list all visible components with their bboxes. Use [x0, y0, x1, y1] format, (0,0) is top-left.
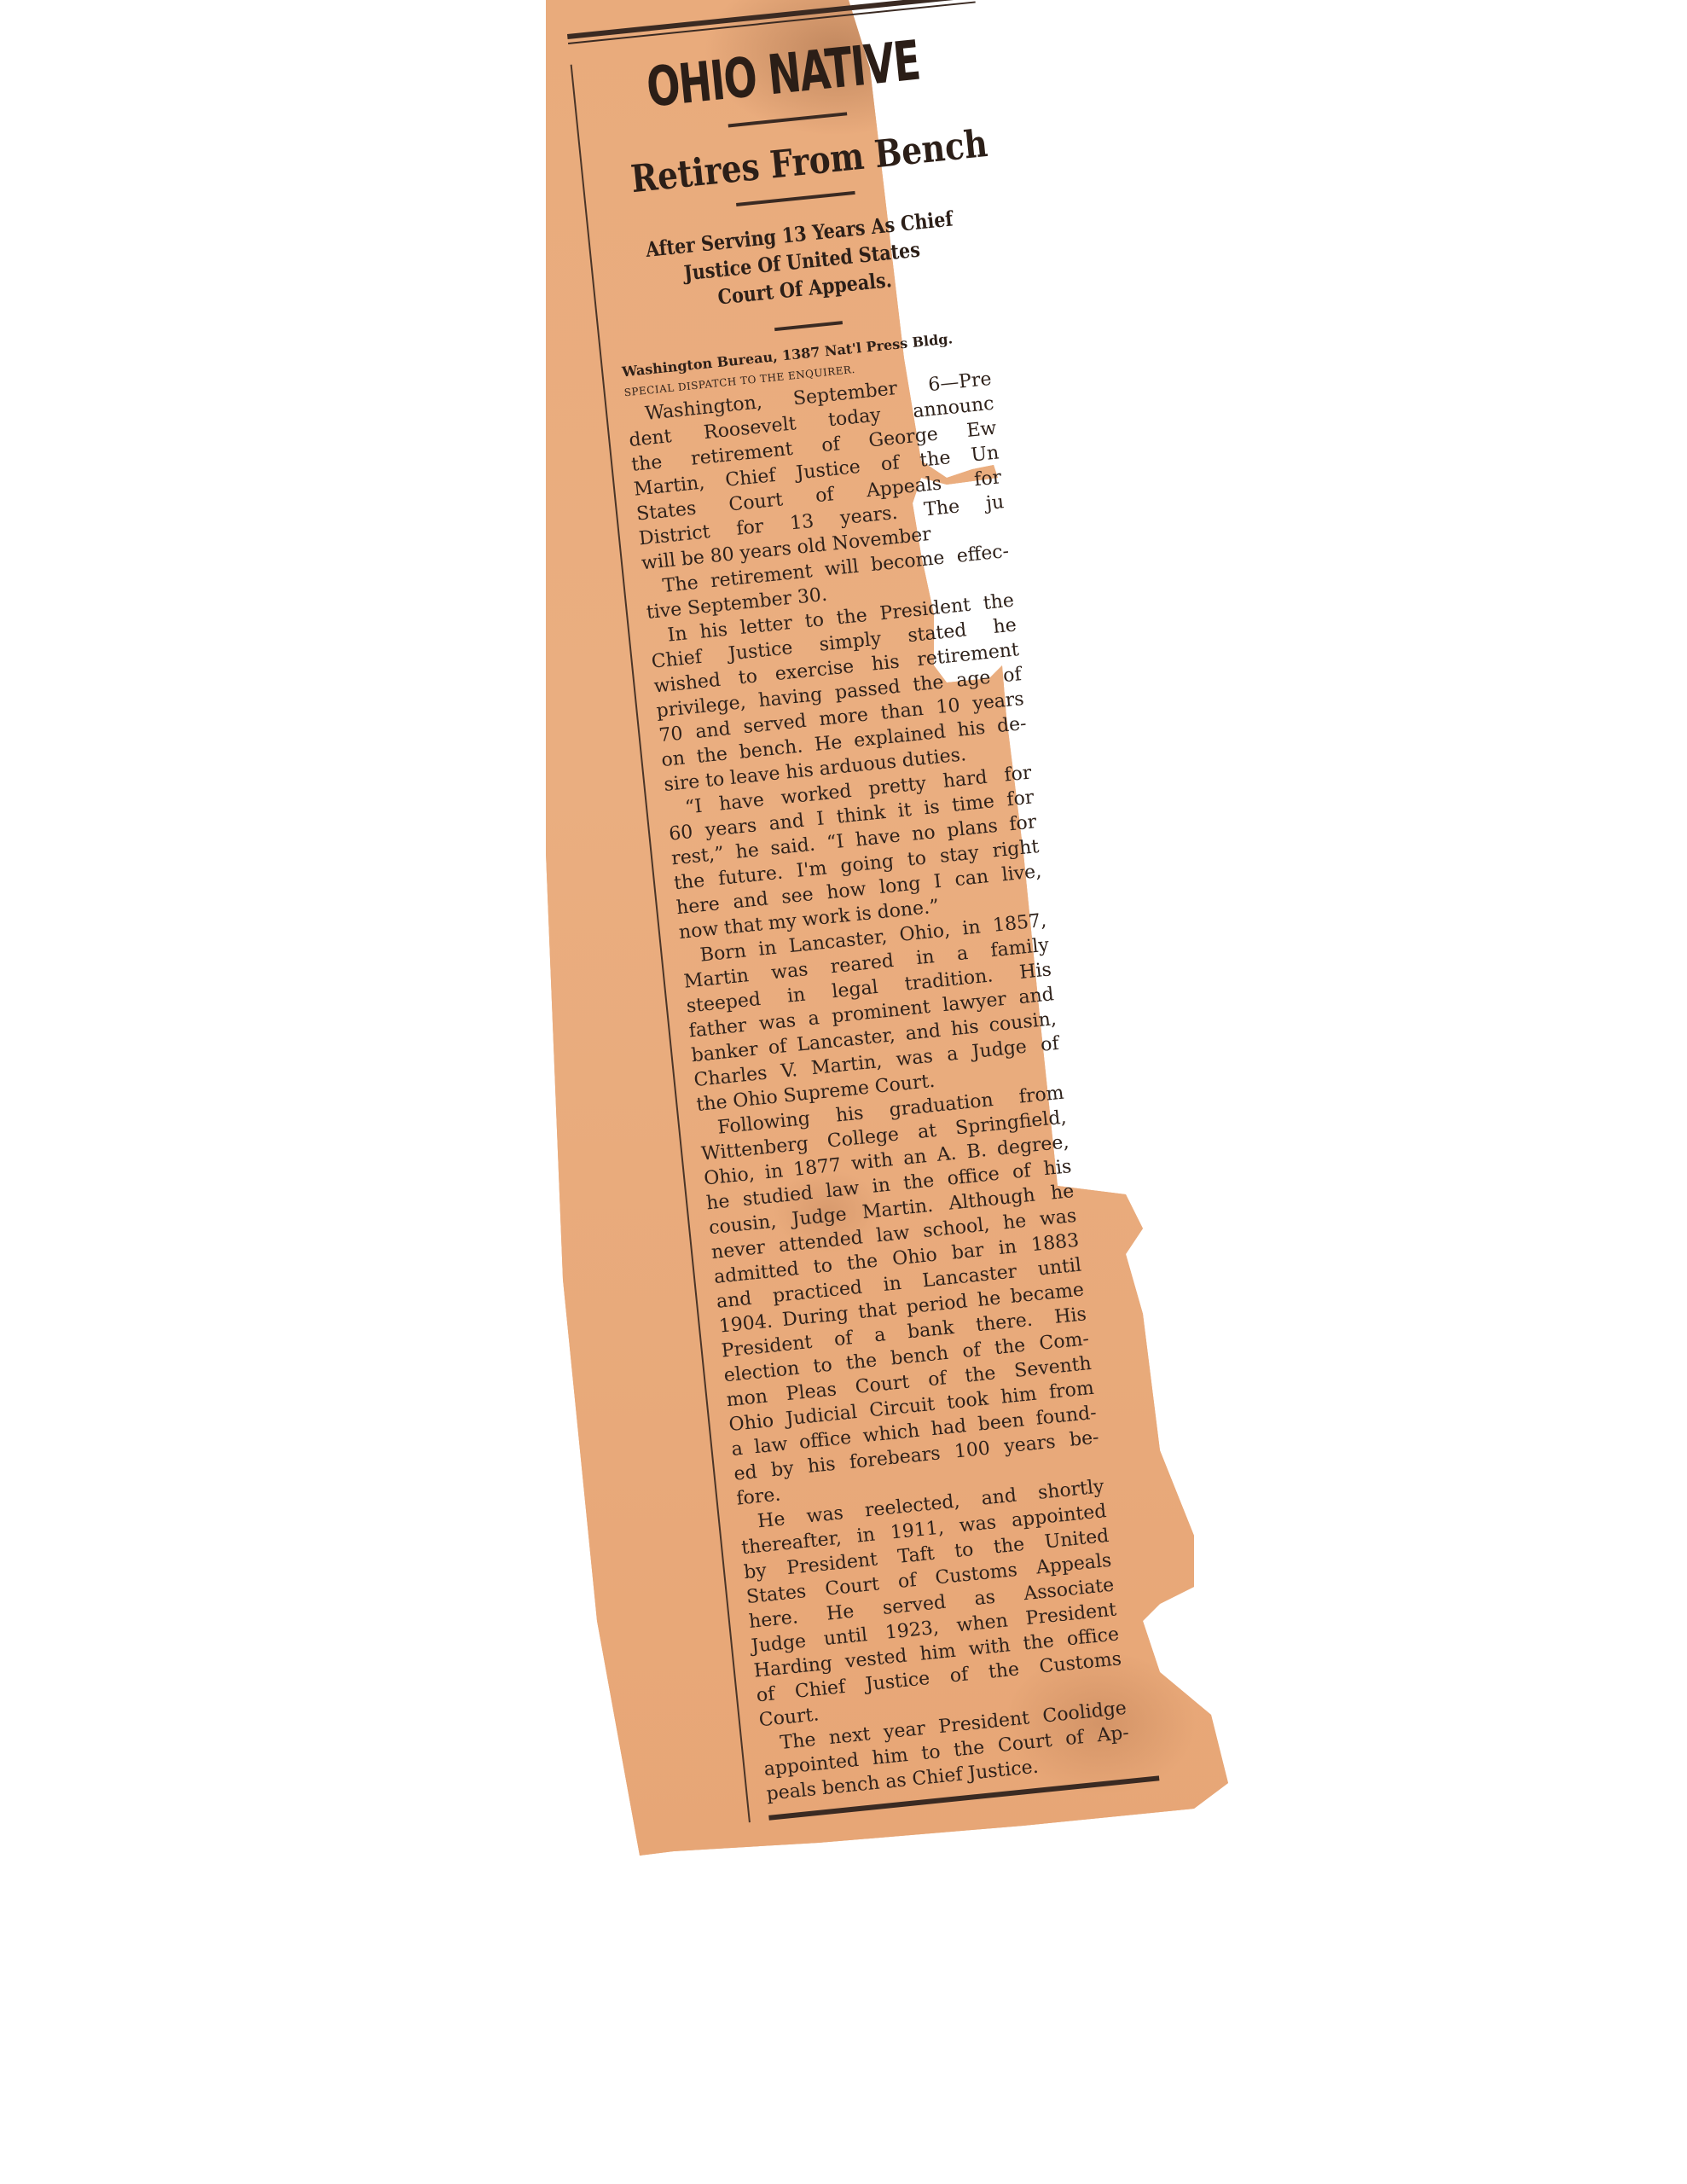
headline-deck: After Serving 13 Years As Chief Justice … — [635, 204, 969, 318]
subhead-divider — [736, 191, 855, 206]
scanned-page: OHIO NATIVE Retires From Bench After Ser… — [0, 0, 1687, 2184]
headline-main: OHIO NATIVE — [644, 30, 923, 120]
deck-divider — [774, 321, 843, 331]
headline-divider — [728, 112, 848, 127]
headline-sub: Retires From Bench — [629, 125, 955, 201]
